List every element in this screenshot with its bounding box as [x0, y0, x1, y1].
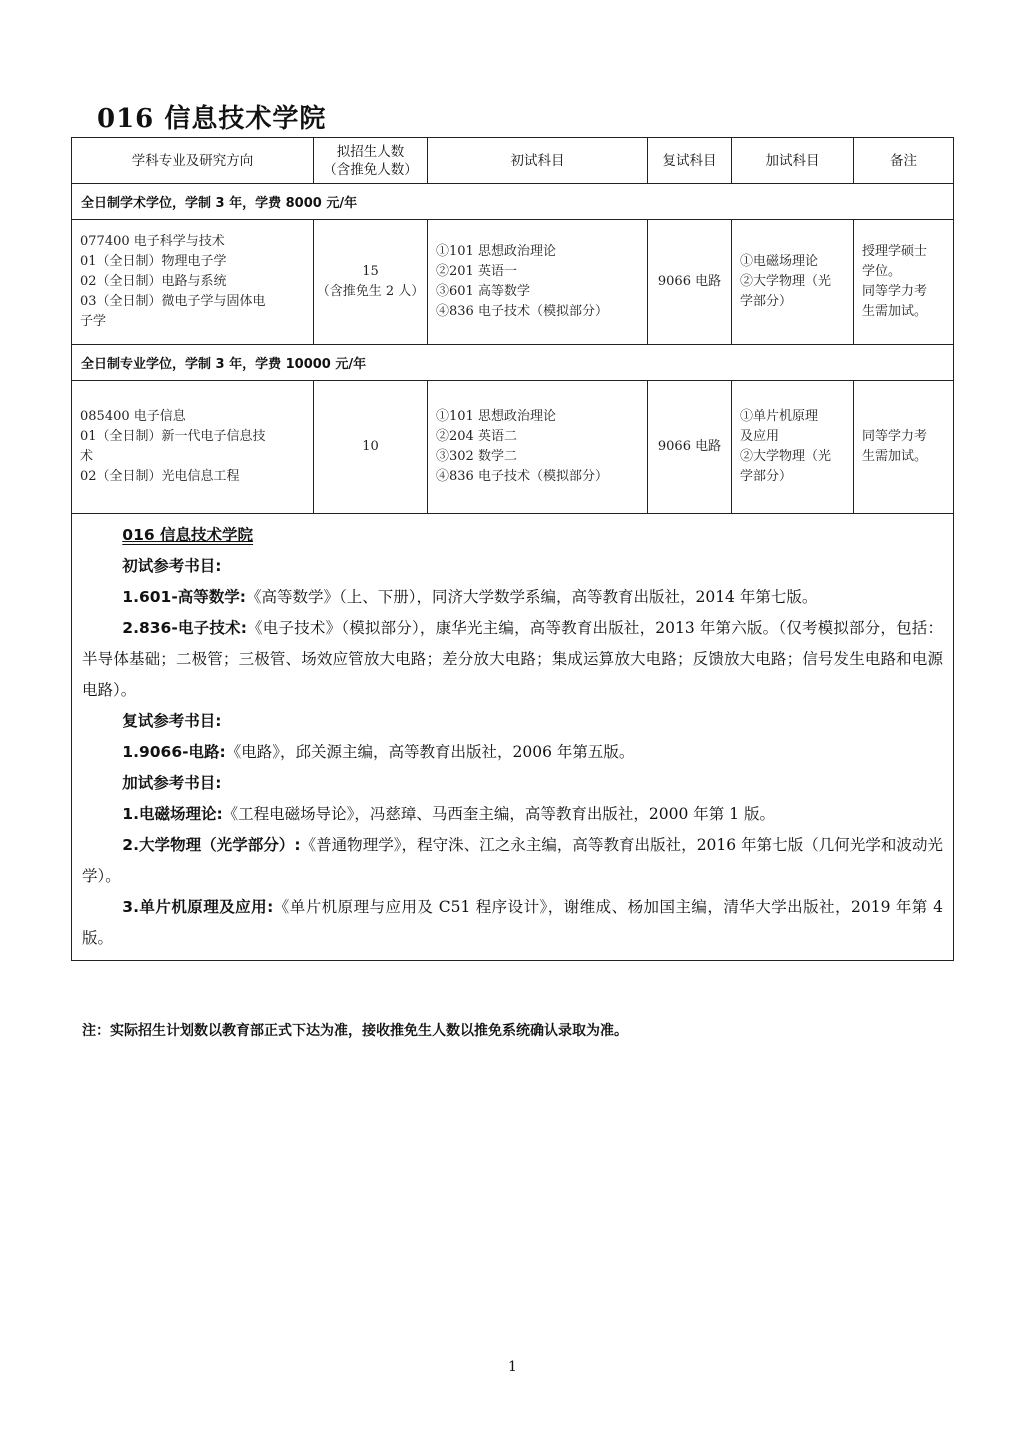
header-quota-line2: （含推免人数）	[314, 161, 427, 179]
initial-subject: ③601 高等数学	[436, 282, 639, 302]
ref-text: 《高等数学》（上、下册），同济大学数学系编，高等教育出版社，2014 年第七版。	[246, 588, 817, 606]
retest-cell: 9066 电路	[648, 381, 732, 514]
extra-ref-heading: 加试参考书目:	[82, 768, 943, 799]
initial-cell: ①101 思想政治理论 ②204 英语二 ③302 数学二 ④836 电子技术（…	[428, 381, 648, 514]
quota-value: 15	[314, 262, 427, 282]
ref-label: 1.601-高等数学:	[122, 588, 246, 606]
extra-cell: ①电磁场理论 ②大学物理（光 学部分）	[732, 220, 854, 345]
references-cell: 016 信息技术学院 初试参考书目: 1.601-高等数学:《高等数学》（上、下…	[72, 514, 954, 961]
footnote: 注：实际招生计划数以教育部正式下达为准，接收推免生人数以推免系统确认录取为准。	[82, 1020, 628, 1040]
remark-line: 生需加试。	[862, 302, 945, 322]
ref-item: 1.9066-电路:《电路》，邱关源主编，高等教育出版社，2006 年第五版。	[82, 737, 943, 768]
section-row-professional: 全日制专业学位，学制 3 年，学费 10000 元/年	[72, 345, 954, 381]
ref-label: 2.836-电子技术:	[122, 619, 247, 637]
table-row: 077400 电子科学与技术 01（全日制）物理电子学 02（全日制）电路与系统…	[72, 220, 954, 345]
section-label: 全日制专业学位，学制 3 年，学费 10000 元/年	[72, 345, 954, 381]
remark-line: 同等学力考	[862, 427, 945, 447]
section-label: 全日制学术学位，学制 3 年，学费 8000 元/年	[72, 184, 954, 220]
table-row: 085400 电子信息 01（全日制）新一代电子信息技 术 02（全日制）光电信…	[72, 381, 954, 514]
remarks-cell: 同等学力考 生需加试。	[854, 381, 954, 514]
major-line: 03（全日制）微电子学与固体电	[80, 292, 305, 312]
ref-text: 《工程电磁场导论》，冯慈璋、马西奎主编，高等教育出版社，2000 年第 1 版。	[223, 805, 775, 823]
initial-subject: ②204 英语二	[436, 427, 639, 447]
extra-cell: ①单片机原理 及应用 ②大学物理（光 学部分）	[732, 381, 854, 514]
remark-line: 授理学硕士	[862, 242, 945, 262]
major-line: 02（全日制）电路与系统	[80, 272, 305, 292]
initial-subject: ②201 英语一	[436, 262, 639, 282]
ref-label: 3.单片机原理及应用:	[122, 898, 273, 916]
ref-label: 2.大学物理（光学部分）:	[122, 836, 300, 854]
header-quota-line1: 拟招生人数	[314, 143, 427, 161]
page-number: 1	[508, 1359, 517, 1375]
major-line: 01（全日制）新一代电子信息技	[80, 427, 305, 447]
remark-line: 生需加试。	[862, 447, 945, 467]
major-line: 01（全日制）物理电子学	[80, 252, 305, 272]
retest-subject: 9066 电路	[648, 437, 731, 457]
extra-subject: ②大学物理（光	[740, 272, 845, 292]
references-row: 016 信息技术学院 初试参考书目: 1.601-高等数学:《高等数学》（上、下…	[72, 514, 954, 961]
section-row-academic: 全日制学术学位，学制 3 年，学费 8000 元/年	[72, 184, 954, 220]
ref-label: 1.9066-电路:	[122, 743, 225, 761]
extra-subject: 学部分）	[740, 292, 845, 312]
major-line: 子学	[80, 312, 305, 332]
ref-item: 3.单片机原理及应用:《单片机原理与应用及 C51 程序设计》，谢维成、杨加国主…	[82, 892, 943, 954]
initial-ref-heading: 初试参考书目:	[82, 551, 943, 582]
quota-value: 10	[314, 437, 427, 457]
table-header-row: 学科专业及研究方向 拟招生人数 （含推免人数） 初试科目 复试科目 加试科目 备…	[72, 138, 954, 184]
retest-subject: 9066 电路	[648, 272, 731, 292]
remarks-cell: 授理学硕士 学位。 同等学力考 生需加试。	[854, 220, 954, 345]
initial-subject: ④836 电子技术（模拟部分）	[436, 302, 639, 322]
extra-subject: 学部分）	[740, 467, 845, 487]
header-major: 学科专业及研究方向	[72, 138, 314, 184]
header-extra: 加试科目	[732, 138, 854, 184]
ref-item: 1.电磁场理论:《工程电磁场导论》，冯慈璋、马西奎主编，高等教育出版社，2000…	[82, 799, 943, 830]
major-line: 02（全日制）光电信息工程	[80, 467, 305, 487]
initial-subject: ③302 数学二	[436, 447, 639, 467]
initial-subject: ①101 思想政治理论	[436, 407, 639, 427]
references-school-title: 016 信息技术学院	[122, 526, 253, 544]
extra-subject: ②大学物理（光	[740, 447, 845, 467]
header-initial: 初试科目	[428, 138, 648, 184]
header-retest: 复试科目	[648, 138, 732, 184]
ref-item: 2.836-电子技术:《电子技术》（模拟部分），康华光主编，高等教育出版社，20…	[82, 613, 943, 706]
header-quota: 拟招生人数 （含推免人数）	[314, 138, 428, 184]
quota-cell: 10	[314, 381, 428, 514]
extra-subject: ①单片机原理	[740, 407, 845, 427]
quota-note: （含推免生 2 人）	[314, 282, 427, 302]
initial-subject: ①101 思想政治理论	[436, 242, 639, 262]
major-line: 术	[80, 447, 305, 467]
ref-item: 2.大学物理（光学部分）:《普通物理学》，程守洙、江之永主编，高等教育出版社，2…	[82, 830, 943, 892]
major-line: 085400 电子信息	[80, 407, 305, 427]
admissions-table: 学科专业及研究方向 拟招生人数 （含推免人数） 初试科目 复试科目 加试科目 备…	[71, 137, 954, 961]
major-line: 077400 电子科学与技术	[80, 232, 305, 252]
ref-text: 《电路》，邱关源主编，高等教育出版社，2006 年第五版。	[226, 743, 635, 761]
extra-subject: 及应用	[740, 427, 845, 447]
ref-label: 1.电磁场理论:	[122, 805, 222, 823]
ref-item: 1.601-高等数学:《高等数学》（上、下册），同济大学数学系编，高等教育出版社…	[82, 582, 943, 613]
remark-line: 同等学力考	[862, 282, 945, 302]
initial-cell: ①101 思想政治理论 ②201 英语一 ③601 高等数学 ④836 电子技术…	[428, 220, 648, 345]
major-cell: 085400 电子信息 01（全日制）新一代电子信息技 术 02（全日制）光电信…	[72, 381, 314, 514]
initial-subject: ④836 电子技术（模拟部分）	[436, 467, 639, 487]
major-cell: 077400 电子科学与技术 01（全日制）物理电子学 02（全日制）电路与系统…	[72, 220, 314, 345]
remark-line: 学位。	[862, 262, 945, 282]
header-remarks: 备注	[854, 138, 954, 184]
retest-cell: 9066 电路	[648, 220, 732, 345]
quota-cell: 15 （含推免生 2 人）	[314, 220, 428, 345]
retest-ref-heading: 复试参考书目:	[82, 706, 943, 737]
page-title: 016 信息技术学院	[97, 98, 326, 135]
extra-subject: ①电磁场理论	[740, 252, 845, 272]
